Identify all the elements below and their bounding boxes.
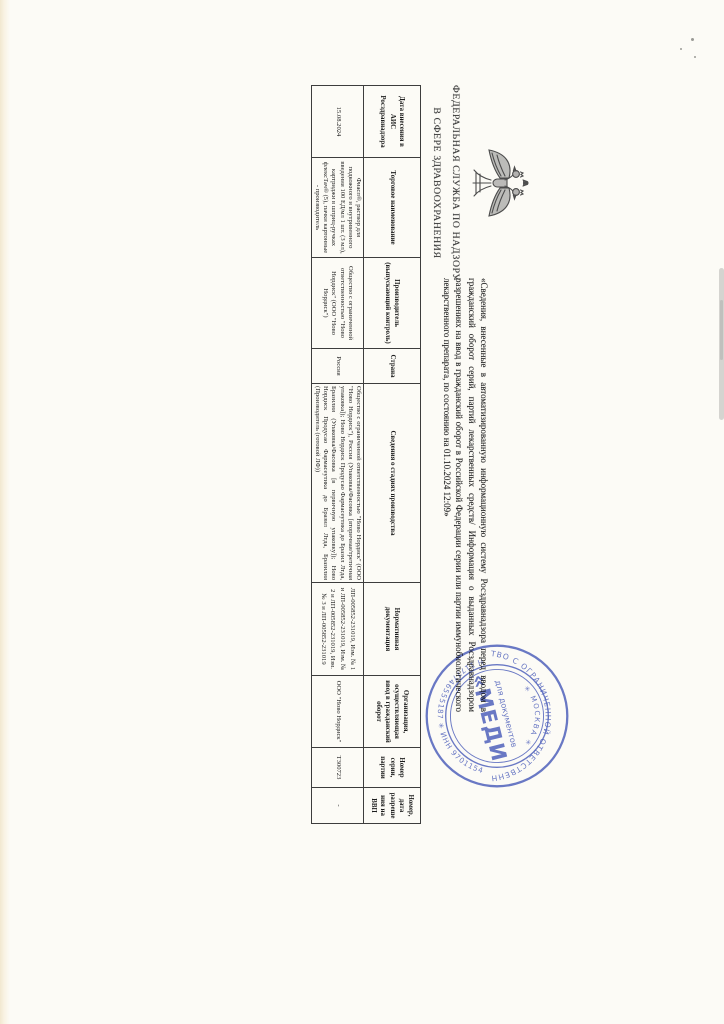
agency-name-line2: В СФЕРЕ ЗДРАВООХРАНЕНИЯ xyxy=(431,83,443,283)
data-cell-7: ООО "Ново Нордиск" xyxy=(311,676,363,748)
letterhead: ФЕДЕРАЛЬНАЯ СЛУЖБА ПО НАДЗОРУ В СФЕРЕ ЗД… xyxy=(431,83,532,283)
header-cell-9: Номер, дата разрешения на ВВП xyxy=(364,788,421,824)
header-cell-3: Производитель (выпускающий контроль) xyxy=(364,258,421,349)
scan-speck xyxy=(691,38,694,41)
scan-speck xyxy=(680,48,682,50)
header-cell-8: Номер серии, партии xyxy=(364,748,421,788)
header-cell-2: Торговое наименование xyxy=(364,158,421,258)
data-cell-4: Россия xyxy=(311,349,363,384)
header-cell-4: Страна xyxy=(364,349,421,384)
header-cell-6: Нормативная документация xyxy=(364,583,421,676)
data-cell-2: Фиасп®, раствор для подкожного и внутрив… xyxy=(311,158,363,258)
org-stamp: ОБЩЕСТВО С ОГРАНИЧЕННОЙ ОТВЕТСТВЕННОСТЬЮ… xyxy=(421,640,573,792)
page-edge-shading xyxy=(0,0,10,1024)
data-cell-1: 15.08.2024 xyxy=(311,86,363,158)
data-cell-5: Общество с ограниченной ответственностью… xyxy=(311,384,363,583)
header-cell-5: Сведения о стадиях производства xyxy=(364,384,421,583)
scan-speck xyxy=(694,56,696,58)
data-cell-9: - xyxy=(311,788,363,824)
scanned-page: ФЕДЕРАЛЬНАЯ СЛУЖБА ПО НАДЗОРУ В СФЕРЕ ЗД… xyxy=(0,0,724,1024)
scan-smudge xyxy=(720,300,723,360)
registry-table: Дата внесения в АИС РосздравнадзораТорго… xyxy=(311,85,421,824)
emblem-eagle-icon xyxy=(468,141,532,225)
data-cell-8: Т300723 xyxy=(311,748,363,788)
agency-name-line1: ФЕДЕРАЛЬНАЯ СЛУЖБА ПО НАДЗОРУ xyxy=(450,83,462,283)
data-cell-6: ЛП-005852-231019, Изм. № 1 и ЛП-005852-2… xyxy=(311,583,363,676)
data-cell-3: Общество с ограниченной ответственностью… xyxy=(311,258,363,349)
header-cell-1: Дата внесения в АИС Росздравнадзора xyxy=(364,86,421,158)
paper-sheet: ФЕДЕРАЛЬНАЯ СЛУЖБА ПО НАДЗОРУ В СФЕРЕ ЗД… xyxy=(0,0,724,1024)
header-cell-7: Организация, осуществляющая ввод в гражд… xyxy=(364,676,421,748)
